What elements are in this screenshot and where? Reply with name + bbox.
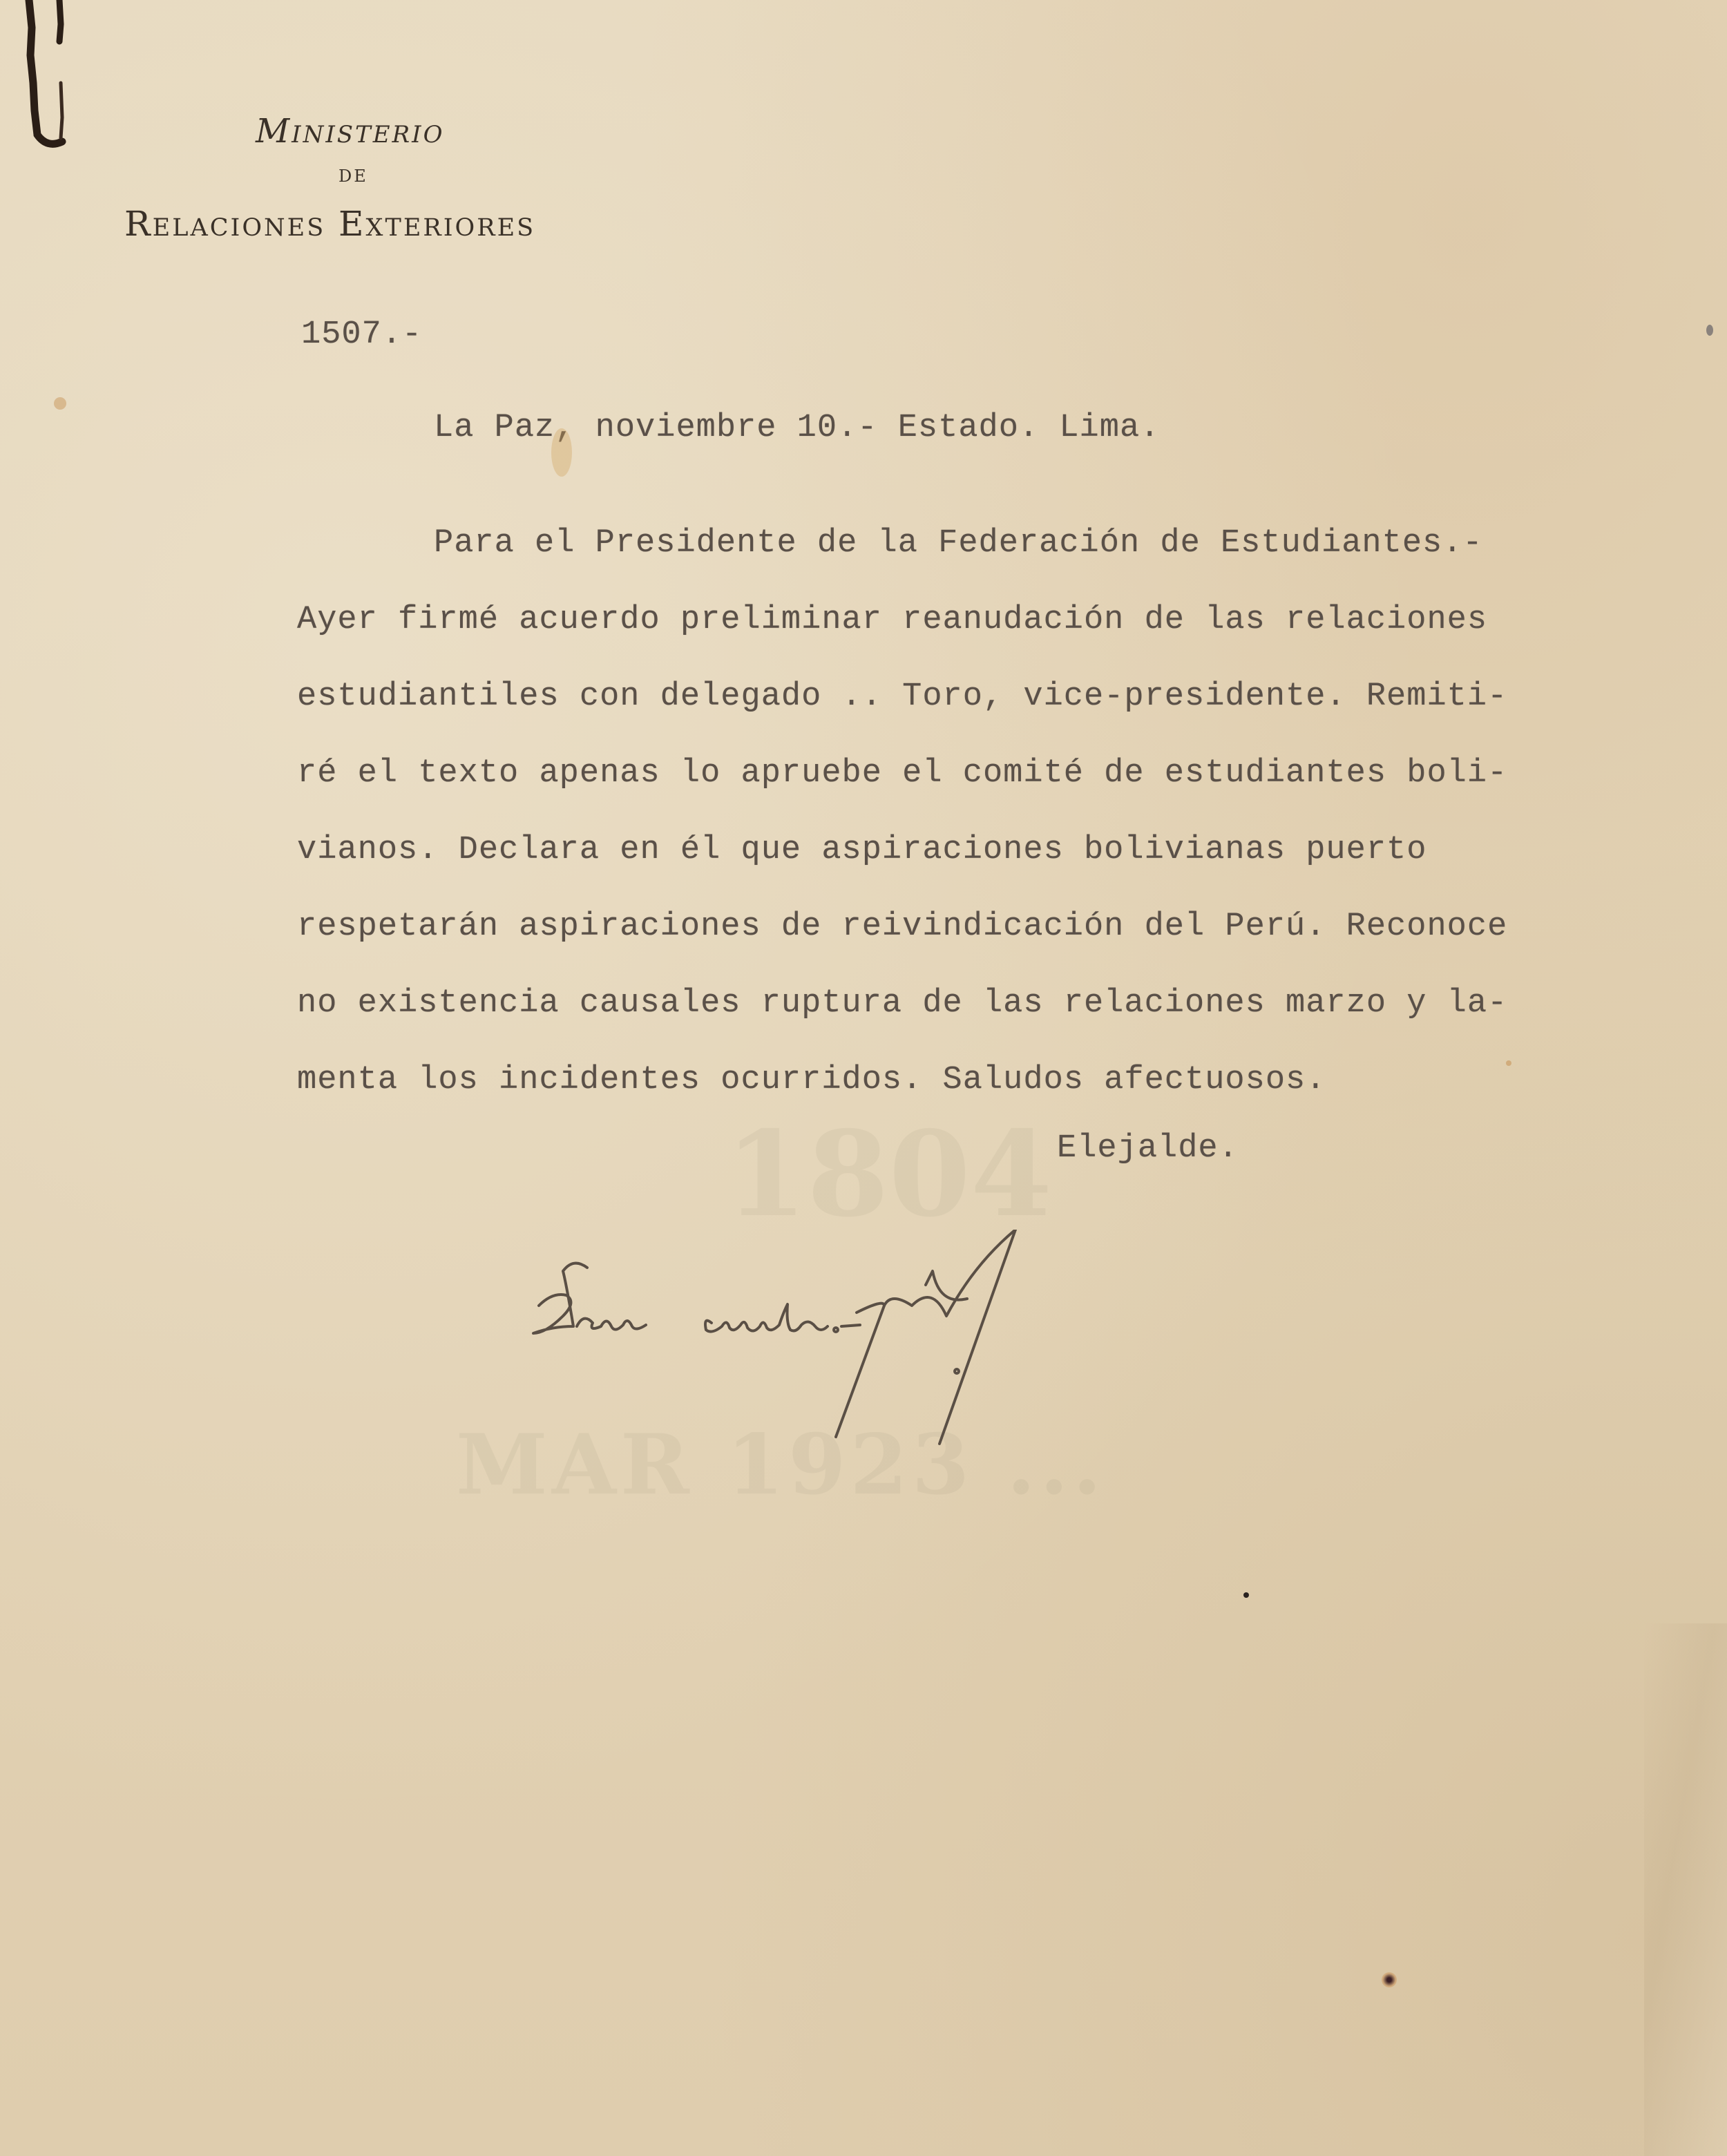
paper-fold-edge bbox=[1644, 1623, 1727, 2156]
body-line-5: vianos. Declara en él que aspiraciones b… bbox=[297, 832, 1427, 868]
body-line-2: Ayer firmé acuerdo preliminar reanudació… bbox=[297, 602, 1487, 638]
reference-number: 1507.- bbox=[301, 316, 422, 353]
stain-spot bbox=[551, 428, 572, 477]
dateline: La Paz, noviembre 10.- Estado. Lima. bbox=[434, 410, 1160, 446]
ink-dot bbox=[1243, 1592, 1249, 1598]
handwritten-annotation: Dese cuenta.- bbox=[525, 1230, 1188, 1451]
stain-spot bbox=[54, 397, 66, 410]
bleed-through-number: 1804 bbox=[725, 1105, 1052, 1243]
ink-dot bbox=[1706, 325, 1713, 336]
stain-spot bbox=[1382, 1972, 1397, 1987]
letterhead-relaciones-exteriores: Relaciones Exteriores bbox=[124, 204, 535, 244]
handwriting-strokes bbox=[525, 1230, 1188, 1451]
body-line-4: ré el texto apenas lo apruebe el comité … bbox=[297, 755, 1507, 792]
body-line-3: estudiantiles con delegado .. Toro, vice… bbox=[297, 678, 1507, 715]
typed-signature: Elejalde. bbox=[1057, 1130, 1239, 1167]
body-line-6: respetarán aspiraciones de reivindicació… bbox=[297, 908, 1507, 945]
stain-spot bbox=[1506, 1060, 1511, 1066]
document-page: Ministerio de Relaciones Exteriores 1804… bbox=[0, 0, 1727, 2156]
body-line-8: menta los incidentes ocurridos. Saludos … bbox=[297, 1062, 1326, 1098]
letterhead-ministerio: Ministerio bbox=[256, 112, 444, 151]
body-line-1: Para el Presidente de la Federación de E… bbox=[434, 525, 1483, 562]
staple-rust-mark bbox=[19, 0, 73, 155]
body-line-7: no existencia causales ruptura de las re… bbox=[297, 985, 1507, 1022]
letterhead-de: de bbox=[338, 160, 368, 188]
